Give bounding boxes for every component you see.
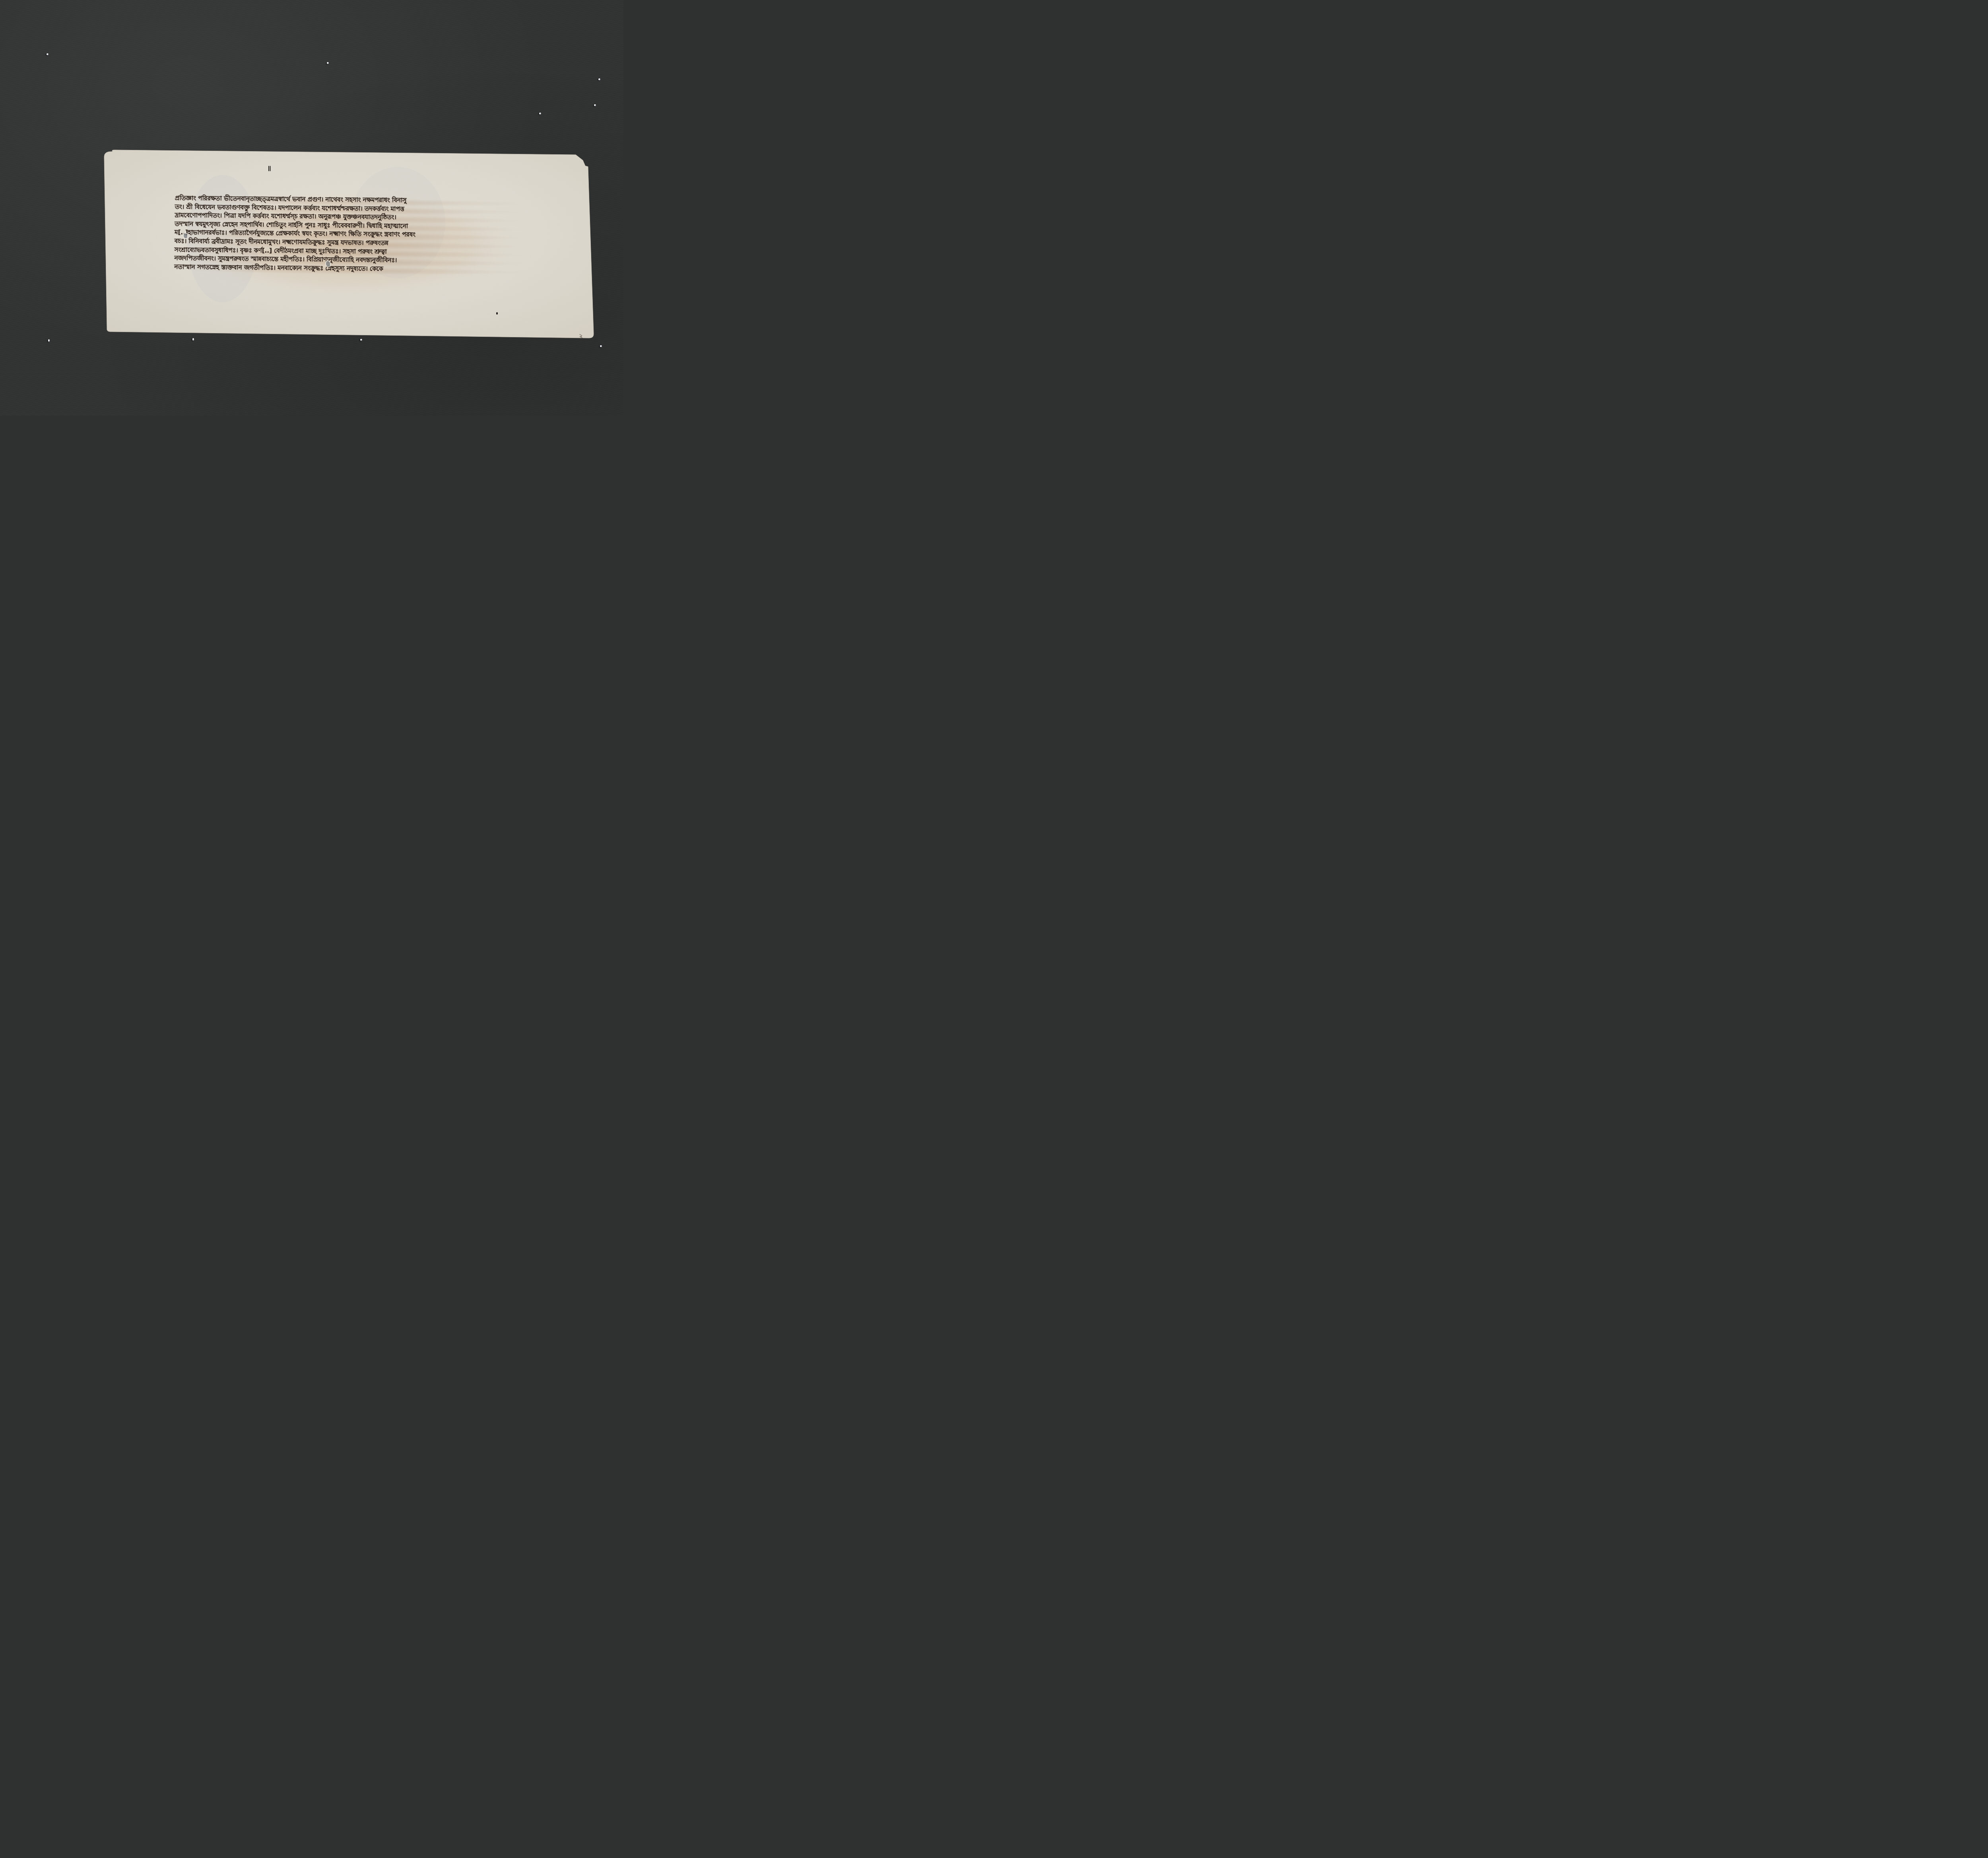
manuscript-text: প্রতিজ্ঞাং পরিরক্ষতা ভীতেনবানৃতাচ্ছত্ত্র… bbox=[174, 194, 525, 275]
repair-patch bbox=[184, 233, 187, 238]
repair-patch bbox=[326, 261, 330, 266]
ink-blot bbox=[496, 312, 498, 315]
top-mark: ॥ bbox=[267, 163, 271, 173]
manuscript-folio: ॥ প্রতিজ্ঞাং পরিরক্ষতা ভীতেনবানৃতাচ্ছত্ত… bbox=[0, 0, 623, 416]
